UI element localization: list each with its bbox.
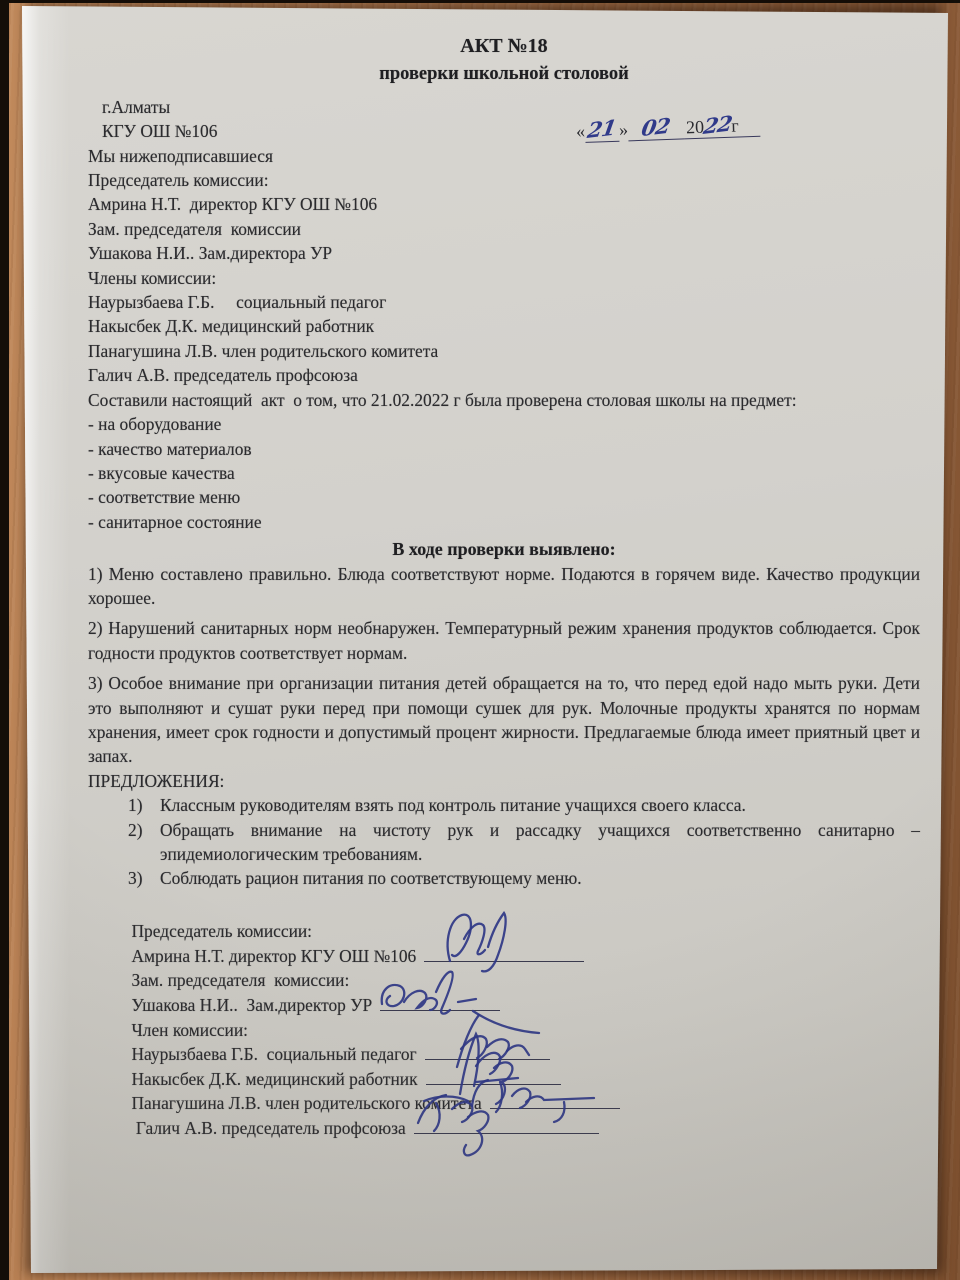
signature-row: Накысбек Д.К. медицинский работник <box>88 1042 920 1067</box>
proposal-number: 1) <box>128 793 160 817</box>
signature-row: Наурызбаева Г.Б. социальный педагог <box>88 1018 920 1043</box>
proposal-item: 2) Обращать внимание на чистоту рук и ра… <box>88 818 920 867</box>
signature-row: Член комиссии: <box>88 993 920 1018</box>
purpose-item: - санитарное состояние <box>88 510 920 534</box>
signature-nakysbek-icon <box>442 1024 552 1106</box>
date-close-quote: » <box>619 119 629 139</box>
proposal-item: 1) Классным руководителям взять под конт… <box>88 793 920 817</box>
date-century-printed: 20 <box>686 117 705 138</box>
purpose-item: - на оборудование <box>88 412 920 436</box>
signature-panagushina-icon <box>464 1062 614 1124</box>
signature-label: Наурызбаева Г.Б. социальный педагог <box>131 1044 416 1064</box>
date-open-quote: « <box>576 121 586 141</box>
date-year-underline: 2022г <box>684 111 761 140</box>
signature-row: Панагушина Л.В. член родительского комит… <box>88 1067 920 1092</box>
chairman-heading: Председатель комиссии: <box>88 168 920 192</box>
date-day-underline: 21 <box>585 116 620 143</box>
signature-label: Зам. председателя комиссии: <box>131 970 349 990</box>
signature-amrina-icon <box>440 903 550 973</box>
proposal-item: 3) Соблюдать рацион питания по соответст… <box>88 866 920 890</box>
chairman-line: Амрина Н.Т. директор КГУ ОШ №106 <box>88 192 920 216</box>
findings-heading: В ходе проверки выявлено: <box>88 537 920 561</box>
signature-ushakova-icon <box>376 964 486 1026</box>
signature-label: Панагушина Л.В. член родительского комит… <box>131 1093 481 1113</box>
signature-label: Член комиссии: <box>131 1020 247 1040</box>
city-line: г.Алматы <box>102 95 920 119</box>
signature-line <box>380 995 500 1011</box>
signature-row: Председатель комиссии: <box>88 895 920 920</box>
document-page: АКТ №18 проверки школьной столовой г.Алм… <box>0 0 960 1280</box>
signature-label: Ушакова Н.И.. Зам.директор УР <box>131 995 372 1015</box>
signature-row: Ушакова Н.И.. Зам.директор УР <box>88 969 920 994</box>
signature-line <box>426 1069 561 1085</box>
signature-line <box>414 1118 599 1134</box>
school-line: КГУ ОШ №106 <box>102 119 920 143</box>
proposal-text: Обращать внимание на чистоту рук и расса… <box>160 818 920 867</box>
proposal-text: Классным руководителям взять под контрол… <box>160 793 920 817</box>
signature-label: Амрина Н.Т. директор КГУ ОШ №106 <box>131 946 416 966</box>
signature-line <box>490 1093 620 1109</box>
date-year-handwritten: 22 <box>702 111 734 139</box>
signature-label: Председатель комиссии: <box>131 921 312 941</box>
date-month-handwritten: 02 <box>640 113 672 141</box>
photo-scene: АКТ №18 проверки школьной столовой г.Алм… <box>0 0 960 1280</box>
act-title: АКТ №18 <box>88 34 920 58</box>
date-month-underline: 02 <box>628 113 685 141</box>
signature-line <box>424 946 584 962</box>
member-line: Накысбек Д.К. медицинский работник <box>88 314 920 338</box>
purpose-lead: Составили настоящий акт о том, что 21.02… <box>88 388 920 412</box>
vice-chairman-heading: Зам. председателя комиссии <box>88 217 920 241</box>
finding-paragraph: 1) Меню составлено правильно. Блюда соот… <box>88 562 920 611</box>
members-heading: Члены комиссии: <box>88 266 920 290</box>
signature-row: Зам. председателя комиссии: <box>88 944 920 969</box>
purpose-item: - соответствие меню <box>88 485 920 509</box>
signature-nauryzbaeva-icon <box>443 1003 563 1073</box>
proposal-text: Соблюдать рацион питания по соответствую… <box>160 866 920 890</box>
proposals-heading: ПРЕДЛОЖЕНИЯ: <box>88 769 920 793</box>
finding-paragraph: 3) Особое внимание при организации питан… <box>88 671 920 769</box>
signature-label: Галич А.В. председатель профсоюза <box>131 1118 405 1138</box>
date-field: «21»022022г <box>576 111 761 143</box>
purpose-item: - качество материалов <box>88 437 920 461</box>
signature-row: Амрина Н.Т. директор КГУ ОШ №106 <box>88 919 920 944</box>
vice-chairman-line: Ушакова Н.И.. Зам.директора УР <box>88 241 920 265</box>
date-year-suffix: г <box>731 116 739 136</box>
act-subtitle: проверки школьной столовой <box>88 62 920 86</box>
proposal-number: 3) <box>128 866 160 890</box>
date-day-handwritten: 21 <box>586 115 618 143</box>
proposals-list: 1) Классным руководителям взять под конт… <box>88 793 920 891</box>
signature-block: Председатель комиссии: Амрина Н.Т. дирек… <box>88 895 920 1116</box>
signature-label: Накысбек Д.К. медицинский работник <box>131 1069 417 1089</box>
signature-galich-icon <box>406 1075 536 1157</box>
finding-paragraph: 2) Нарушений санитарных норм необнаружен… <box>88 616 920 665</box>
member-line: Наурызбаева Г.Б. социальный педагог <box>88 290 920 314</box>
signature-line <box>425 1044 550 1060</box>
member-line: Галич А.В. председатель профсоюза <box>88 363 920 387</box>
proposal-number: 2) <box>128 818 160 867</box>
document-body: АКТ №18 проверки школьной столовой г.Алм… <box>0 0 960 1116</box>
signature-row: Галич А.В. председатель профсоюза <box>88 1092 920 1117</box>
member-line: Панагушина Л.В. член родительского комит… <box>88 339 920 363</box>
purpose-item: - вкусовые качества <box>88 461 920 485</box>
intro-line: Мы нижеподписавшиеся <box>88 144 920 168</box>
